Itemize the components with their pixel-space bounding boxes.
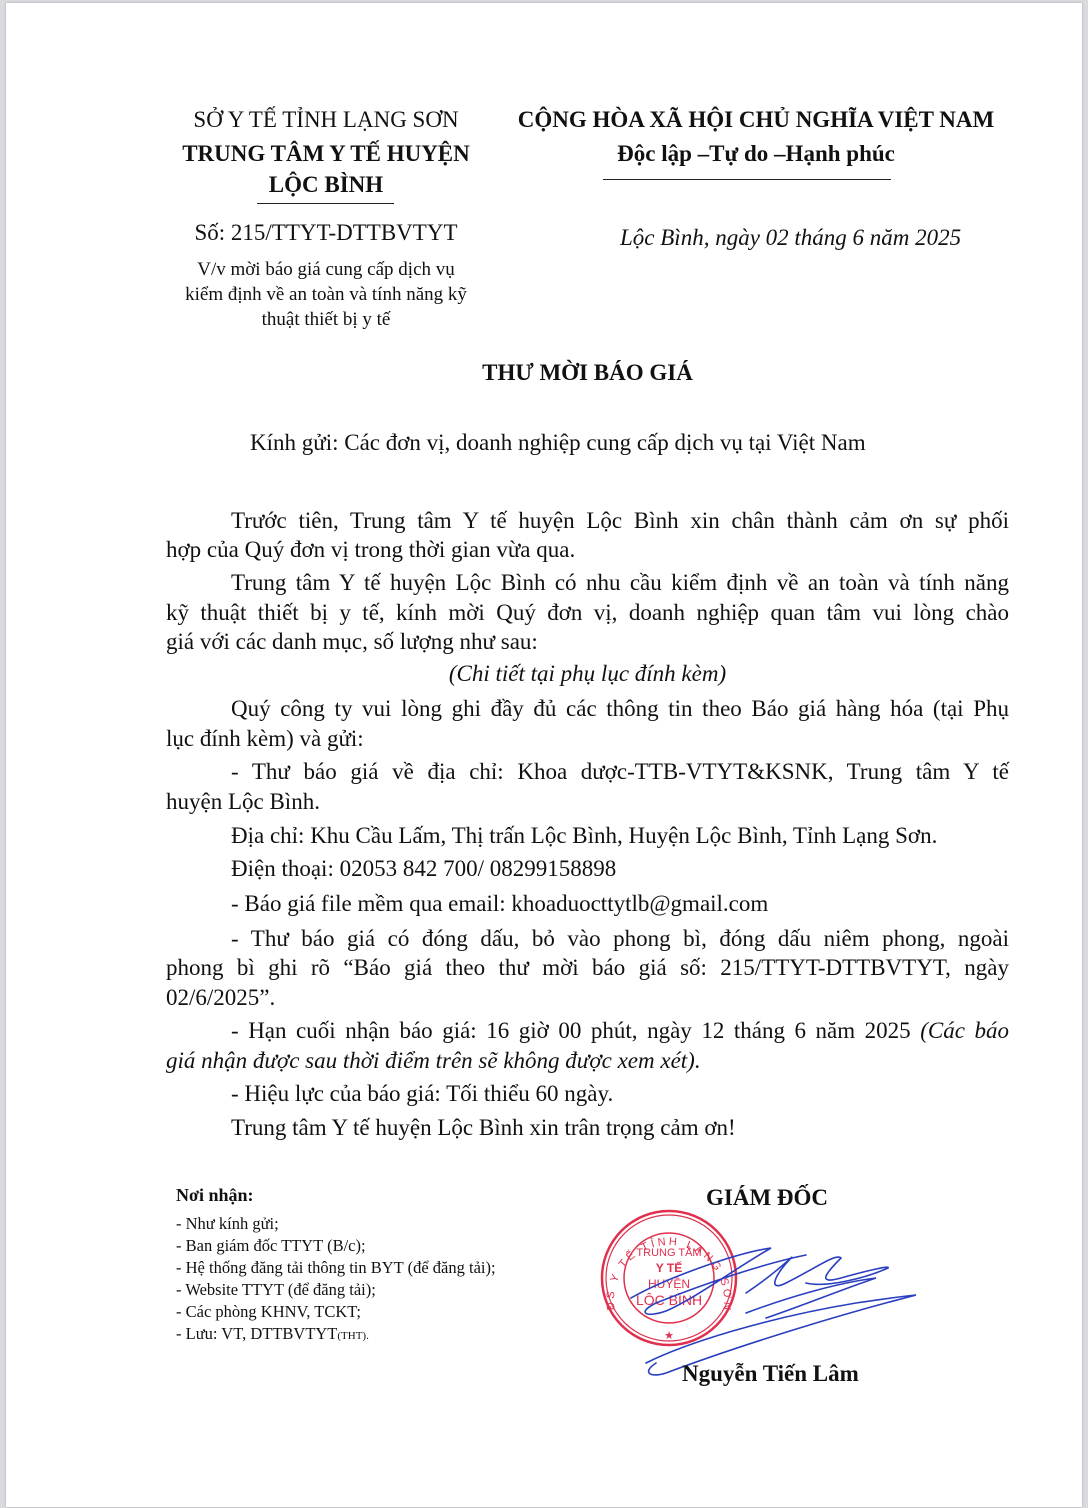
email-address[interactable]: khoaduocttytlb@gmail.com	[511, 891, 768, 916]
email-line: - Báo giá file mềm qua email: khoaduoctt…	[166, 891, 1009, 917]
archive-text: - Lưu: VT, DTTBVTYT	[176, 1324, 337, 1343]
country-name: CỘNG HÒA XÃ HỘI CHỦ NGHĨA VIỆT NAM	[496, 107, 1016, 133]
p5-line1: - Thư báo giá có đóng dấu, bỏ vào phong …	[166, 926, 1009, 952]
p5-line3: 02/6/2025”.	[166, 985, 1009, 1011]
p3-line1: Quý công ty vui lòng ghi đầy đủ các thôn…	[166, 696, 1009, 722]
org-name-line2: LỘC BÌNH	[156, 172, 496, 198]
salutation: Kính gửi: Các đơn vị, doanh nghiệp cung …	[250, 430, 866, 456]
org-name-line1: TRUNG TÂM Y TẾ HUYỆN	[156, 141, 496, 167]
deadline-line1: - Hạn cuối nhận báo giá: 16 giờ 00 phút,…	[166, 1018, 1009, 1044]
p4-line2: huyện Lộc Bình.	[166, 789, 1009, 815]
recipient-item: - Như kính gửi;	[176, 1213, 279, 1235]
subject-line-1: V/v mời báo giá cung cấp dịch vụ	[156, 258, 496, 282]
subject-line-3: thuật thiết bị y tế	[156, 308, 496, 332]
email-label: - Báo giá file mềm qua email:	[231, 891, 511, 916]
address-line: Địa chỉ: Khu Cầu Lấm, Thị trấn Lộc Bình,…	[166, 823, 1009, 849]
p4-line1: - Thư báo giá về địa chỉ: Khoa dược-TTB-…	[166, 759, 1009, 785]
p2-line3: giá với các danh mục, số lượng như sau:	[166, 629, 1009, 655]
recipient-item: - Ban giám đốc TTYT (B/c);	[176, 1235, 366, 1257]
national-motto: Độc lập –Tự do –Hạnh phúc	[496, 141, 1016, 167]
p1-line1: Trước tiên, Trung tâm Y tế huyện Lộc Bìn…	[166, 508, 1009, 534]
letter-title: THƯ MỜI BÁO GIÁ	[166, 360, 1009, 386]
recipient-item: - Các phòng KHNV, TCKT;	[176, 1301, 361, 1323]
recipients-heading: Nơi nhận:	[176, 1185, 254, 1207]
p2-line1: Trung tâm Y tế huyện Lộc Bình có nhu cầu…	[166, 570, 1009, 596]
recipient-item-archive: - Lưu: VT, DTTBVTYT(THT).	[176, 1323, 369, 1348]
ministry-name: SỞ Y TẾ TỈNH LẠNG SƠN	[156, 107, 496, 133]
validity-line: - Hiệu lực của báo giá: Tối thiểu 60 ngà…	[166, 1081, 1009, 1107]
appendix-note: (Chi tiết tại phụ lục đính kèm)	[166, 661, 1009, 687]
p5-line2: phong bì ghi rõ “Báo giá theo thư mời bá…	[166, 955, 1009, 981]
deadline-line2: giá nhận được sau thời điểm trên sẽ khôn…	[166, 1048, 1009, 1074]
p3-line2: lục đính kèm) và gửi:	[166, 726, 1009, 752]
subject-line-2: kiểm định về an toàn và tính năng kỹ	[156, 283, 496, 307]
closing-line: Trung tâm Y tế huyện Lộc Bình xin trân t…	[166, 1115, 1009, 1141]
p1-line2: hợp của Quý đơn vị trong thời gian vừa q…	[166, 537, 1009, 563]
recipient-item: - Hệ thống đăng tải thông tin BYT (để đă…	[176, 1257, 496, 1279]
deadline-note-start: (Các báo	[920, 1018, 1009, 1043]
doc-number: Số: 215/TTYT-DTTBVTYT	[156, 220, 496, 246]
phone-line: Điện thoại: 02053 842 700/ 08299158898	[166, 856, 1009, 882]
signer-name: Nguyễn Tiến Lâm	[682, 1361, 859, 1387]
recipient-item: - Website TTYT (để đăng tải);	[176, 1279, 376, 1301]
p2-line2: kỹ thuật thiết bị y tế, kính mời Quý đơn…	[166, 600, 1009, 626]
motto-underline	[603, 179, 891, 180]
org-underline	[257, 203, 394, 204]
deadline-text: - Hạn cuối nhận báo giá: 16 giờ 00 phút,…	[231, 1018, 920, 1043]
place-date: Lộc Bình, ngày 02 tháng 6 năm 2025	[620, 225, 961, 251]
document-page: SỞ Y TẾ TỈNH LẠNG SƠN TRUNG TÂM Y TẾ HUY…	[6, 3, 1082, 1507]
archive-sub: (THT).	[337, 1330, 368, 1342]
